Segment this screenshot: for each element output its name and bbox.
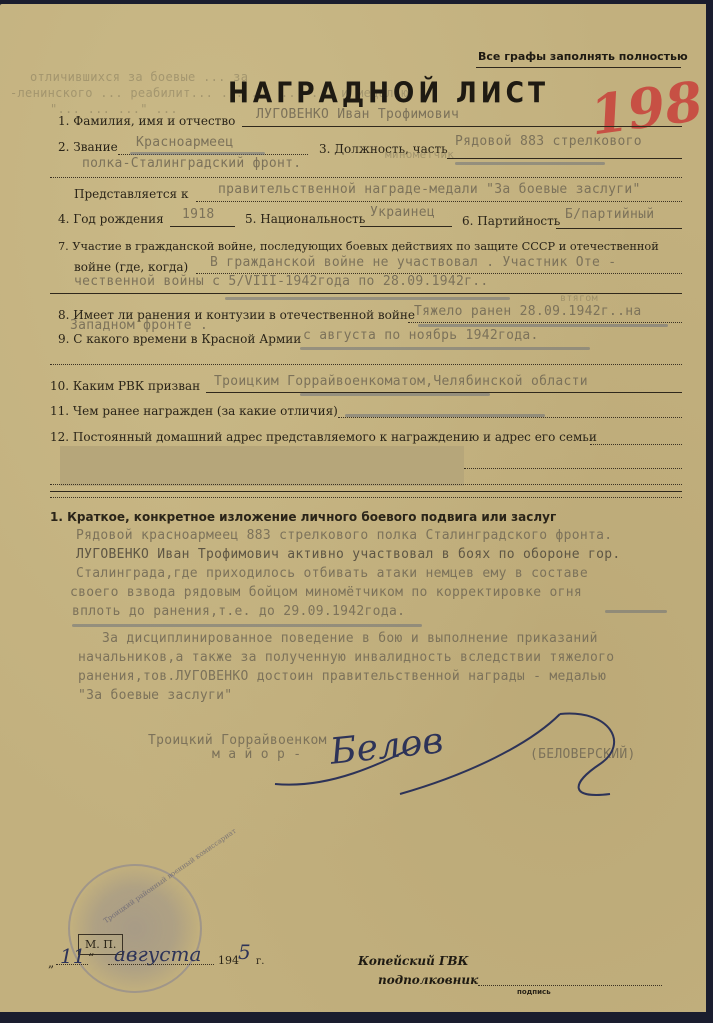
page-title: НАГРАДНОЙ ЛИСТ [228,76,549,109]
pencil-underline [345,414,545,417]
pencil-underline [225,297,510,300]
pencil-underline [130,152,265,155]
divider [476,67,681,68]
divider [50,497,682,498]
field-value-rvk: Троицким Горрайвоенкоматом,Челябинской о… [214,374,588,389]
date-year-suffix: 5 [238,940,251,964]
date-month: августа [114,942,201,966]
field-label-rank: 2. Звание [58,140,118,154]
divider [447,158,682,159]
field-value-nationality: Украинец [370,205,435,220]
divider [196,201,682,202]
date-year-g: г. [256,956,264,967]
field-label-birth-year: 4. Год рождения [58,212,164,226]
divider [170,226,235,227]
field-value-war-participation-2: чественной войны с 5/VIII-1942года по 28… [74,274,488,289]
field-label-war-participation: 7. Участие в гражданской войне, последую… [58,240,659,253]
field-label-party: 6. Партийность [462,214,560,228]
divider [242,126,682,127]
divider [50,491,682,492]
divider [360,226,452,227]
feat-line: Рядовой красноармеец 883 стрелкового пол… [76,528,612,543]
feat-line: начальников,а также за полученную инвали… [78,650,614,665]
divider [50,484,682,485]
divider [556,228,682,229]
field-label-prior-awards: 11. Чем ранее награжден (за какие отличи… [50,404,338,418]
official-stamp: Троицкий районный военный комиссариат [68,864,202,993]
field-value-wounds-1: Тяжело ранен 28.09.1942г..на [414,304,642,319]
field-value-party: Б/партийный [565,207,654,222]
field-value-position-above: миномётчик [385,148,454,161]
field-value-rank: Красноармеец [136,135,234,150]
bleed-through-line: отличившихся за боевые ... за [30,70,248,84]
footer-rank: подполковник [378,973,478,987]
feat-line: "За боевые заслуги" [78,688,232,703]
feat-line: ранения,тов.ЛУГОВЕНКО достоин правительс… [78,669,606,684]
field-label-war-participation-2: войне (где, когда) [74,260,188,274]
pencil-underline [72,624,422,627]
divider [408,322,682,323]
field-label-rvk: 10. Каким РВК призван [50,379,200,393]
pencil-underline [300,347,590,350]
signature-line [478,985,662,986]
field-label-army-since: 9. С какого времени в Красной Армии [58,332,301,346]
field-value-position-continued: полка-Сталинградский фронт. [82,156,301,171]
field-value-war-participation-1: В гражданской войне не участвовал . Учас… [210,255,616,270]
feat-line: Сталинграда,где приходилось отбивать ата… [76,566,588,581]
pencil-underline [605,610,667,613]
divider [50,364,682,365]
date-year-prefix: 194 [218,954,239,967]
field-value-wounds-above: втягом [560,293,598,304]
signature-caption: подпись [517,988,551,996]
signature-flourish [270,704,670,804]
pencil-underline [300,393,490,396]
date-close-quote: “ [88,951,94,965]
divider [56,964,88,965]
field-value-name: ЛУГОВЕНКО Иван Трофимович [256,107,459,122]
stamp-text: Троицкий районный военный комиссариат [102,827,237,925]
award-sheet-paper: отличившихся за боевые ... за -ленинског… [0,4,706,1012]
date-open-quote: „ [48,956,54,970]
pencil-underline [455,162,605,165]
divider [338,417,682,418]
field-label-name: 1. Фамилия, имя и отчество [58,114,235,128]
top-note: Все графы заполнять полностью [478,50,688,63]
field-label-nationality: 5. Национальность [245,212,365,226]
field-value-position: Рядовой 883 стрелкового [455,134,642,149]
field-value-army-since: с августа по ноябрь 1942года. [303,328,539,343]
divider [50,177,682,178]
divider [590,444,682,445]
field-value-wounds-2: Западном фронте . [70,318,208,333]
feat-line: вплоть до ранения,т.е. до 29.09.1942года… [72,604,405,619]
feat-heading: 1. Краткое, конкретное изложение личного… [50,510,556,524]
redacted-address [60,446,464,486]
divider [464,468,682,469]
field-label-presented: Представляется к [74,187,188,201]
field-label-home-address: 12. Постоянный домашний адрес представля… [50,430,597,444]
field-value-presented: правительственной награде-медали "За бое… [218,182,641,197]
field-value-birth-year: 1918 [182,207,215,222]
divider [108,964,214,965]
feat-line: ЛУГОВЕНКО Иван Трофимович активно участв… [76,547,621,562]
pencil-underline [418,324,668,327]
footer-org: Копейский ГВК [358,954,468,968]
feat-line: своего взвода рядовым бойцом миномётчико… [70,585,582,600]
feat-line: За дисциплинированное поведение в бою и … [102,631,598,646]
